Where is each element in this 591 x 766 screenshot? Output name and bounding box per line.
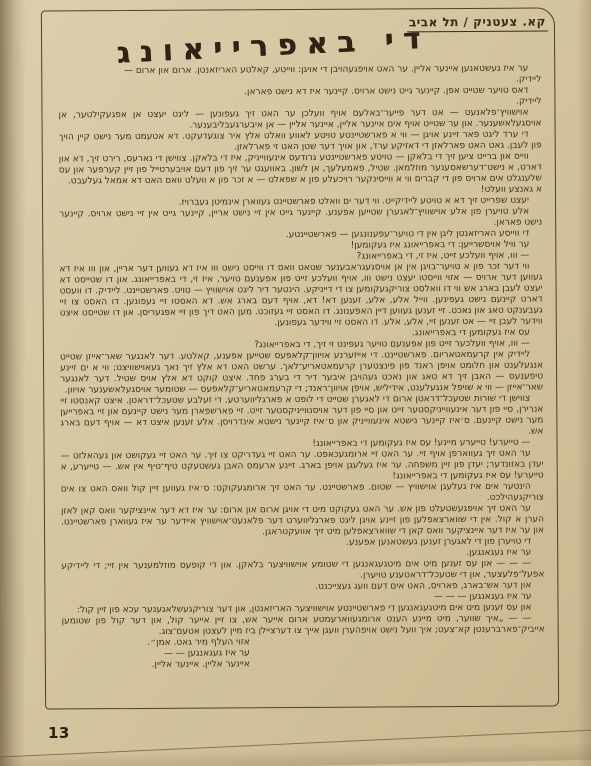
body-paragraph: די ערד ליגט פאר זיינע אויגן — ווי א פארש… (59, 130, 542, 155)
body-paragraph: ער האט זיך אויפגעשטעלט פון אש. ער האט גע… (61, 504, 544, 540)
body-paragraph: ליידיק אין קרעמאטאריום. פארשטיינט. די אי… (60, 350, 543, 397)
body-paragraph: אלע טויערן פון אלע אוישוויץ־לאגערן שטייע… (59, 207, 542, 232)
page-title: די באפרייאונג (119, 21, 430, 70)
body-paragraph: ווייס און ברייט ציען זיך די בלאקן — טויט… (59, 152, 542, 188)
page-gutter-shadow (0, 0, 26, 766)
body-paragraph: צווישן די שורות שטעכל־דראטן ארום די לאגע… (60, 394, 543, 441)
body-paragraph: — — — און עס זענען מיט אים מיטגעגאנגען ד… (61, 559, 544, 584)
body-paragraph: הינטער אים איז געלעגן אוישוויץ — שטום. פ… (61, 482, 544, 507)
page-number: 13 (48, 724, 70, 742)
content-border-box: קא. צעטניק / תל אביב די באפרייאונג ער אי… (41, 7, 559, 709)
body-paragraph: ווי דער זכר פון א טויער־בויגן אין אן אוי… (59, 262, 542, 331)
body-paragraph: אוישוויץ־פלאנעט — אט דער פייער־באלעם אוי… (58, 108, 541, 133)
page-bottom-shade (0, 742, 591, 766)
body-paragraph: איינער אליין. איינער אליין. (62, 658, 545, 672)
page-right-shade (577, 0, 591, 766)
body-paragraph: ער האט זיך געווארפן אויף זיי. ער האט זיי… (61, 449, 544, 485)
body-text: ער איז געשטאנען איינער אליין. ער האט אוי… (58, 64, 545, 703)
body-paragraph: — — „איך שווער, מיט מיינע הענט ארומגעווא… (62, 614, 545, 639)
scanned-page: { "page": { "byline": "קא. צעטניק / תל א… (0, 0, 591, 766)
